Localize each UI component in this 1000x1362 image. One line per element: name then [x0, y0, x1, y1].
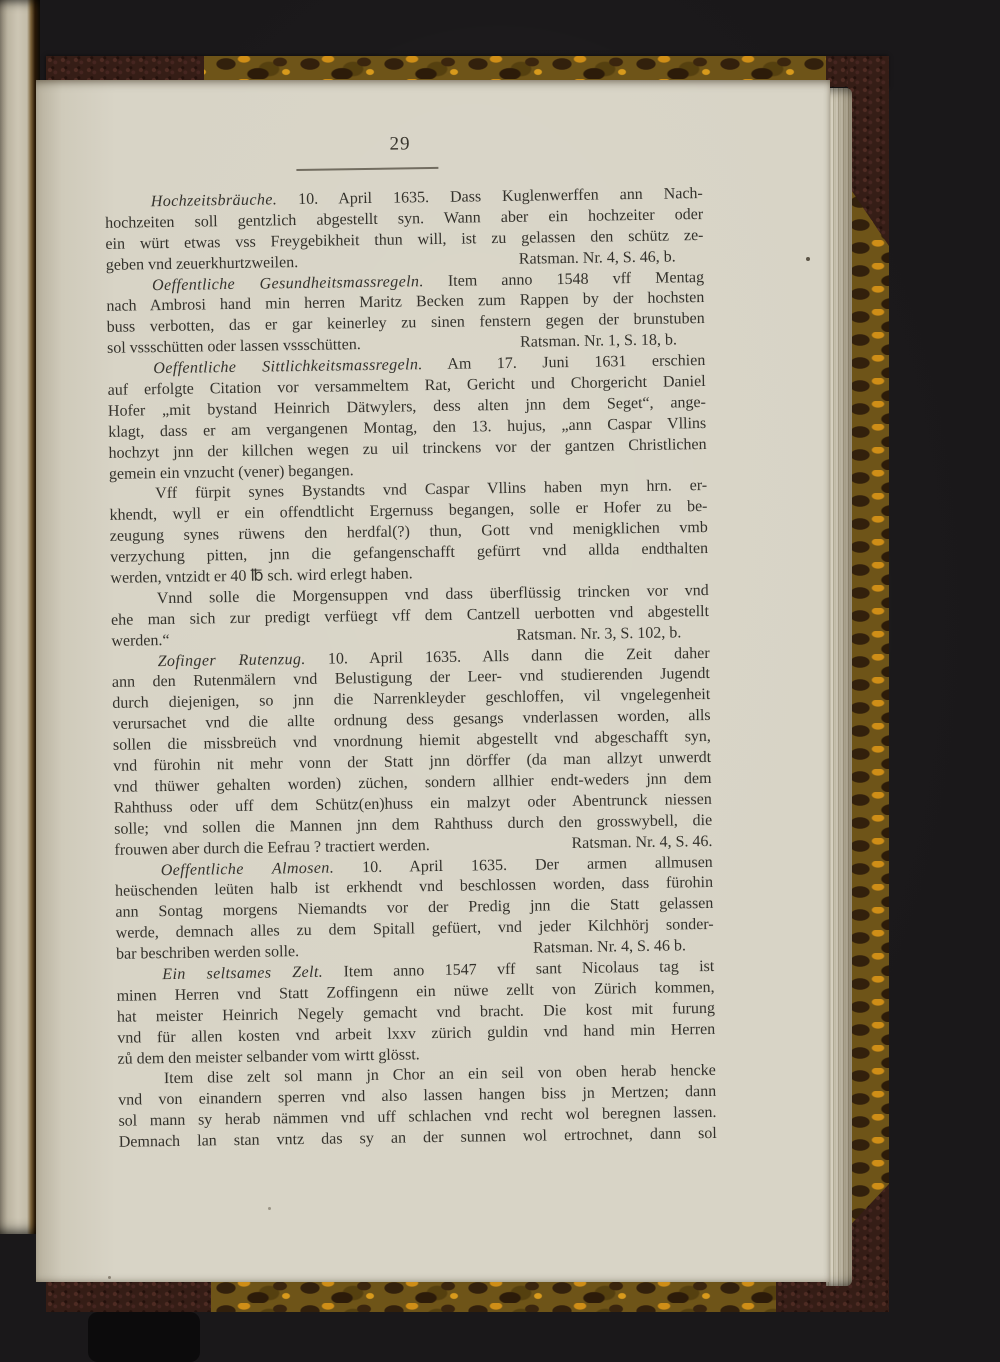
paragraph-indent — [112, 666, 158, 667]
leather-corner — [848, 56, 889, 246]
paper-speck — [108, 1276, 111, 1279]
source-citation: Ratsman. Nr. 4, S. 46, b. — [505, 247, 676, 270]
paper-speck — [268, 1207, 271, 1210]
entry-heading: Oeffentliche Almosen. — [161, 859, 335, 879]
line-text: werden, vntzidt er 40 ℔ sch. wird erlegt… — [110, 565, 413, 586]
book-scan-photo: { "page": { "number": "29" }, "palette":… — [0, 0, 1000, 1362]
line-text: zů dem den meister selbander vom wirtt g… — [117, 1046, 419, 1067]
paragraph-indent — [109, 499, 155, 500]
paragraph-indent — [111, 603, 157, 604]
source-citation: Ratsman. Nr. 1, S. 18, b. — [506, 331, 677, 354]
paragraph-indent — [105, 206, 151, 207]
line-text: gemein ein vnzucht (vener) begangen. — [109, 462, 354, 483]
line-text: werden.“ — [111, 631, 169, 653]
paragraph-indent — [118, 1083, 164, 1084]
entry-heading: Hochzeitsbräuche. — [151, 191, 278, 210]
line-text: bar beschriben werden solle. — [116, 942, 299, 966]
entry-heading: Zofinger Rutenzug. — [158, 651, 306, 670]
entry-heading: Ein seltsames Zelt. — [162, 964, 323, 983]
paragraph-indent — [115, 875, 161, 876]
line-text: geben vnd zeuerkhurtzweilen. — [106, 253, 299, 277]
paragraph-indent — [106, 290, 152, 291]
source-citation: Ratsman. Nr. 3, S. 102, b. — [502, 623, 681, 647]
marbled-cover-right-edge — [848, 56, 889, 1312]
entry-heading: Oeffentliche Gesundheitsmassregeln. — [152, 273, 424, 294]
text-block: Hochzeitsbräuche. 10. April 1635. Dass K… — [105, 184, 717, 1154]
source-citation: Ratsman. Nr. 4, S. 46 b. — [519, 936, 686, 959]
paragraph-indent — [107, 373, 153, 374]
paper-speck — [806, 257, 810, 261]
book-clasp-shadow — [88, 1312, 200, 1362]
entry-heading: Oeffentliche Sittlichkeitsmassregeln. — [153, 356, 423, 377]
paragraph-indent — [116, 979, 162, 980]
book-page: 29 Hochzeitsbräuche. 10. April 1635. Das… — [36, 80, 830, 1282]
source-citation: Ratsman. Nr. 4, S. 46. — [557, 832, 712, 855]
page-number: 29 — [340, 133, 460, 157]
page-number-rule — [296, 167, 438, 171]
page-content: 29 Hochzeitsbräuche. 10. April 1635. Das… — [27, 73, 839, 1287]
